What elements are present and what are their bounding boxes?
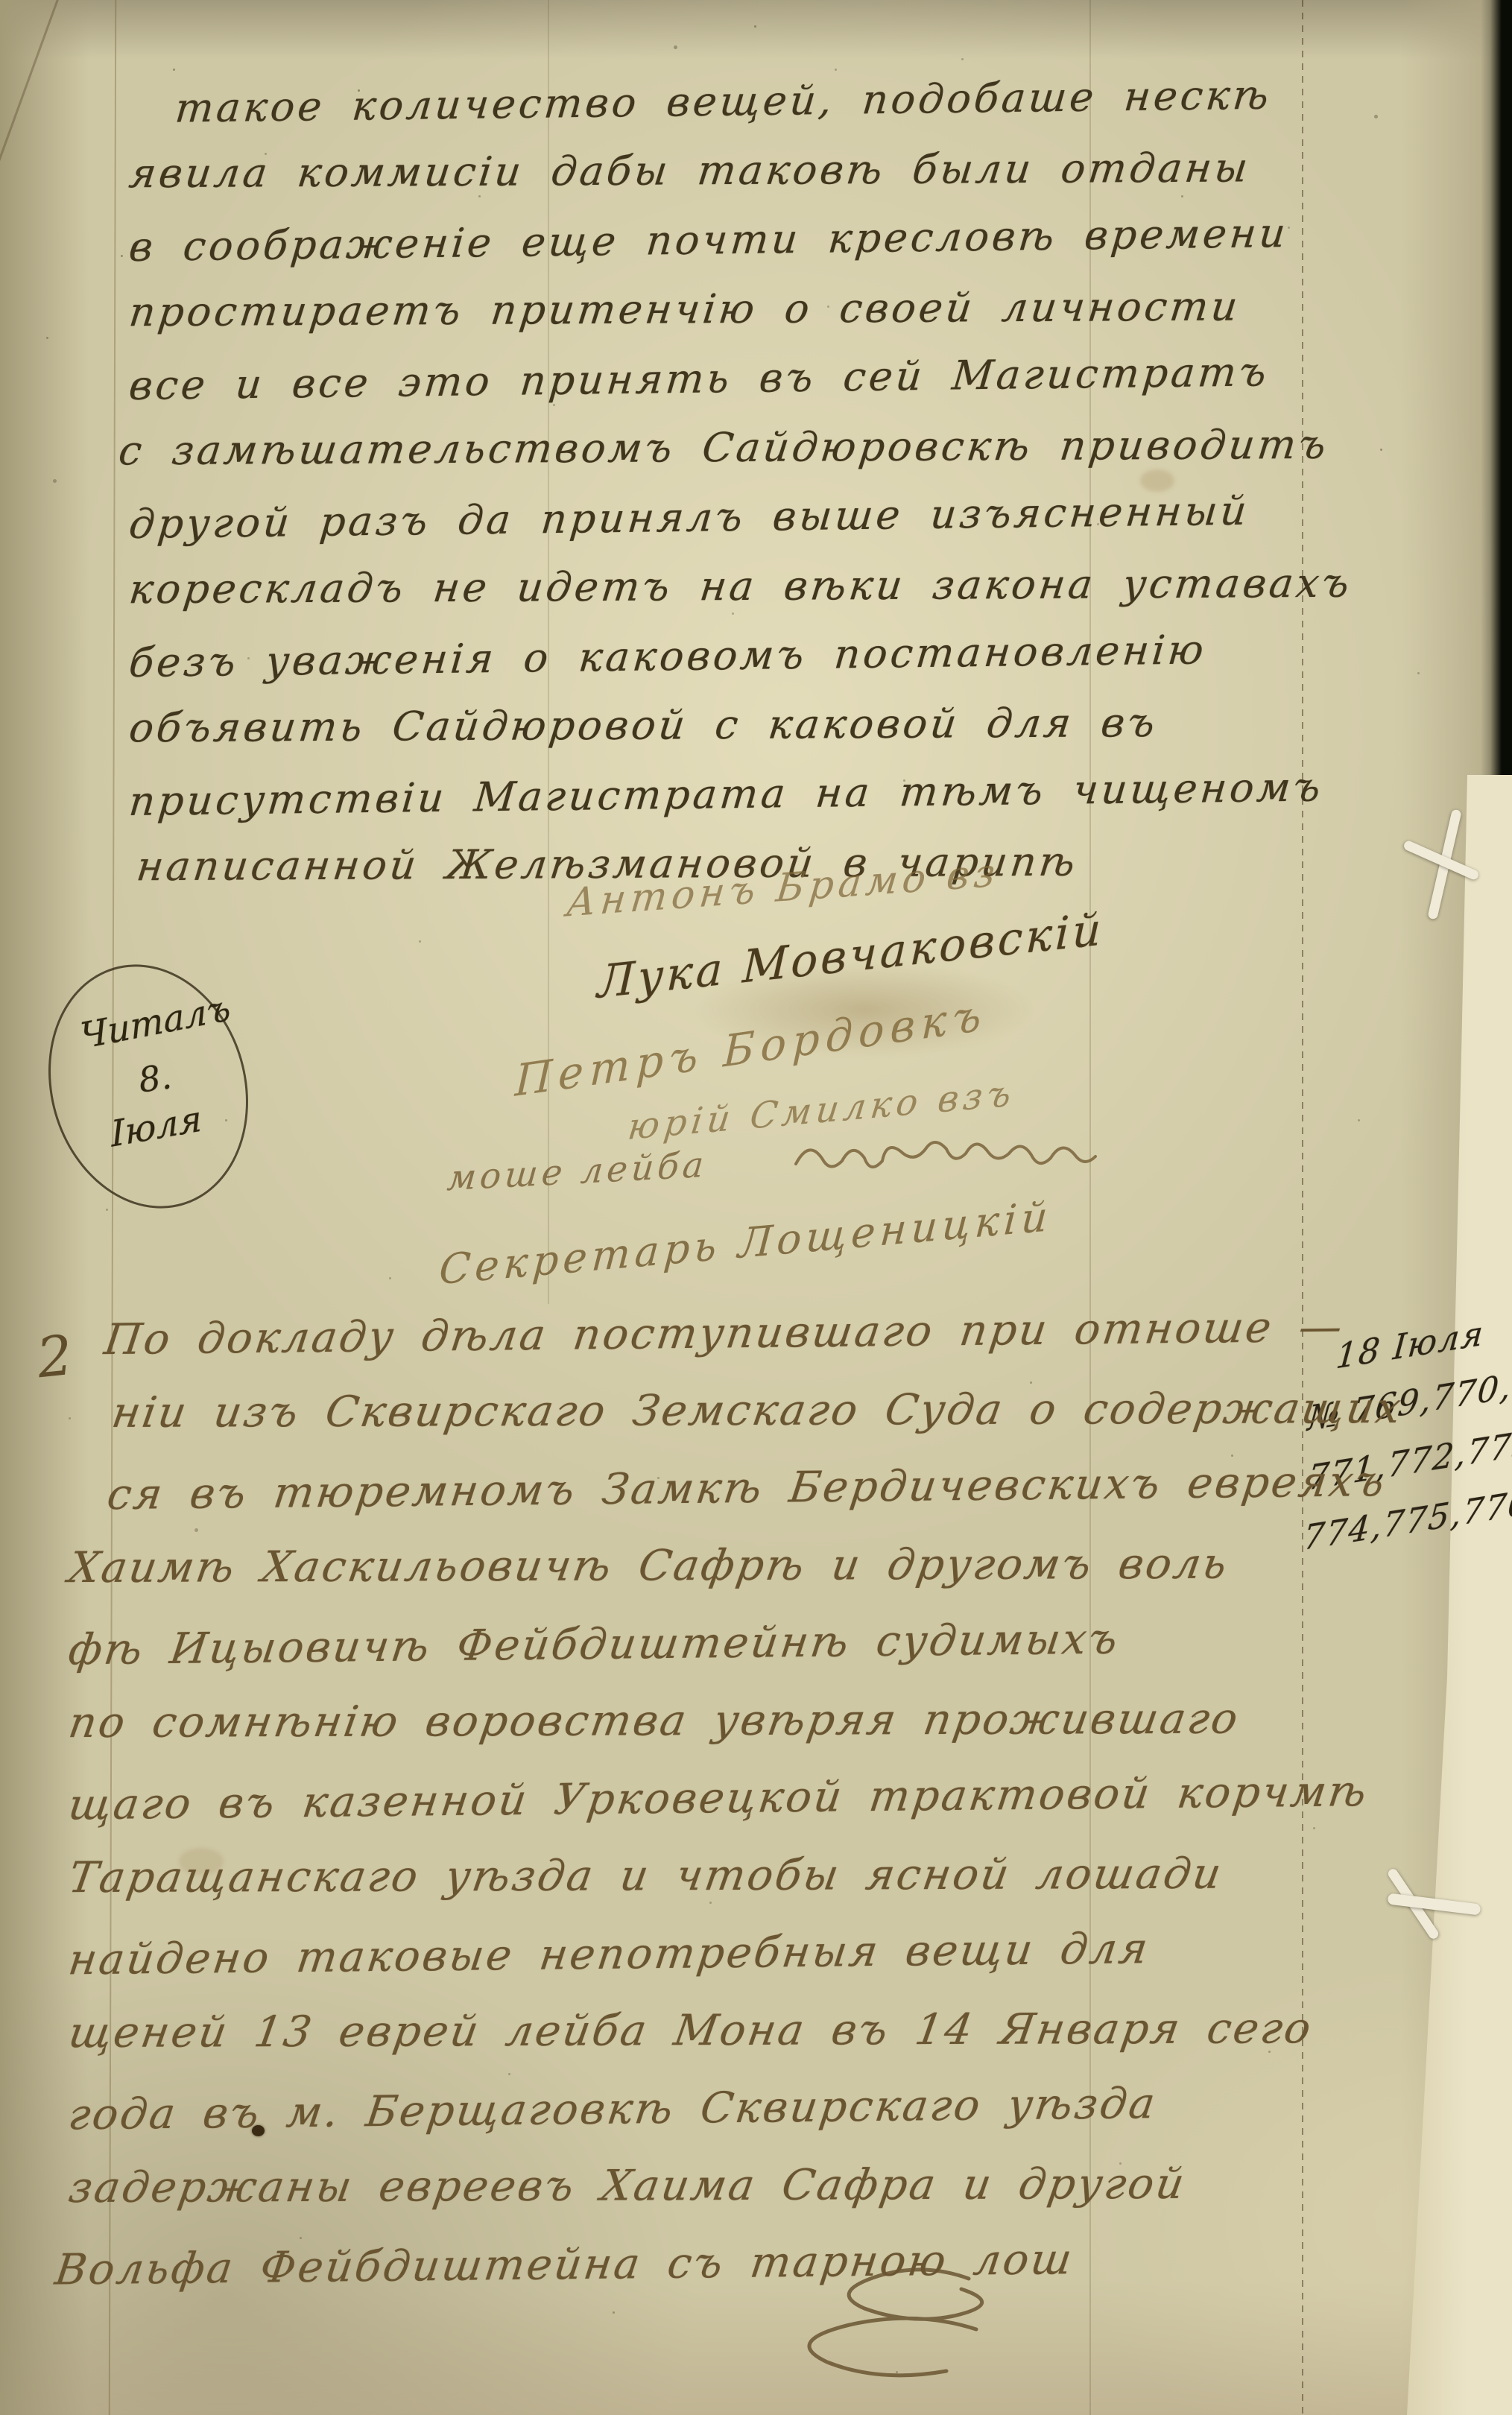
manuscript-line: по сомнѣнію воровства увѣряя прожившаго bbox=[61, 1694, 1406, 1776]
manuscript-line: с замѣшательствомъ Сайдюровскѣ приводитъ bbox=[114, 421, 1355, 497]
manuscript-line: такое количество вещей, подобаше нескѣ bbox=[171, 70, 1354, 153]
paragraph-1: такое количество вещей, подобаше нескѣяв… bbox=[128, 77, 1350, 909]
manuscript-line: объявить Сайдюровой с каковой для въ bbox=[124, 698, 1355, 774]
corner-crease bbox=[0, 0, 62, 265]
hebrew-script-signature bbox=[788, 1118, 1101, 1192]
manuscript-line: щаго въ казенной Урковецкой трактовой ко… bbox=[62, 1767, 1405, 1858]
manuscript-line: присутствіи Магистрата на тѣмъ чищеномъ bbox=[125, 763, 1354, 847]
end-flourish bbox=[730, 2258, 1013, 2399]
manuscript-line: Вольфа Фейбдиштейна съ тарною лош bbox=[48, 2231, 1405, 2323]
paragraph-2: По докладу дѣла поступившаго при отноше … bbox=[67, 1308, 1400, 2316]
signature-secretary: Секретарь Лощеницкій bbox=[437, 1192, 1054, 1294]
manuscript-line: щеней 13 еврей лейба Мона въ 14 Января с… bbox=[61, 2004, 1406, 2086]
manuscript-line: По докладу дѣла поступившаго при отноше … bbox=[98, 1302, 1405, 1393]
manuscript-line: другой разъ да принялъ выше изъясненный bbox=[125, 486, 1354, 570]
manuscript-line: ся въ тюремномъ Замкѣ Бердичевскихъ евре… bbox=[101, 1457, 1405, 1548]
book-gutter-shadow bbox=[1481, 0, 1512, 857]
manuscript-line: все и все это принять въ сей Магистратъ bbox=[125, 347, 1354, 431]
manuscript-page: такое количество вещей, подобаше нескѣяв… bbox=[0, 0, 1512, 2415]
manuscript-line: корескладъ не идетъ на вѣки закона устав… bbox=[124, 560, 1355, 636]
manuscript-line: ніи изъ Сквирскаго Земскаго Суда о содер… bbox=[104, 1384, 1406, 1466]
reader-mark-day: 8. bbox=[136, 1056, 174, 1101]
manuscript-line: задержаны евреевъ Хаима Сафра и другой bbox=[61, 2159, 1406, 2241]
manuscript-line: безъ уваженія о каковомъ постановленію bbox=[125, 624, 1354, 709]
manuscript-line: Хаимѣ Хаскильовичѣ Сафрѣ и другомъ воль bbox=[61, 1539, 1406, 1621]
manuscript-line: в соображеніе еще почти кресловѣ времени bbox=[125, 209, 1354, 293]
signature-moshe: моше лейба bbox=[446, 1145, 709, 1200]
manuscript-line: Таращанскаго уѣзда и чтобы ясной лошади bbox=[61, 1849, 1406, 1931]
paper-speckles bbox=[0, 0, 2, 2]
reader-oval-mark: Читалъ 8. Іюля bbox=[51, 963, 246, 1210]
manuscript-line: явила коммисіи дабы таковѣ были отданы bbox=[124, 144, 1355, 220]
manuscript-line: найдено таковые непотребныя вещи для bbox=[62, 1922, 1405, 2013]
next-page-edge bbox=[1400, 775, 1512, 2415]
manuscript-line: года въ м. Берщаговкѣ Сквирскаго уѣзда bbox=[62, 2077, 1405, 2168]
manuscript-line: простираетъ притенчію о своей личности bbox=[124, 282, 1355, 358]
manuscript-line: фѣ Ицыовичѣ Фейбдиштейнѣ судимыхъ bbox=[62, 1612, 1405, 1703]
